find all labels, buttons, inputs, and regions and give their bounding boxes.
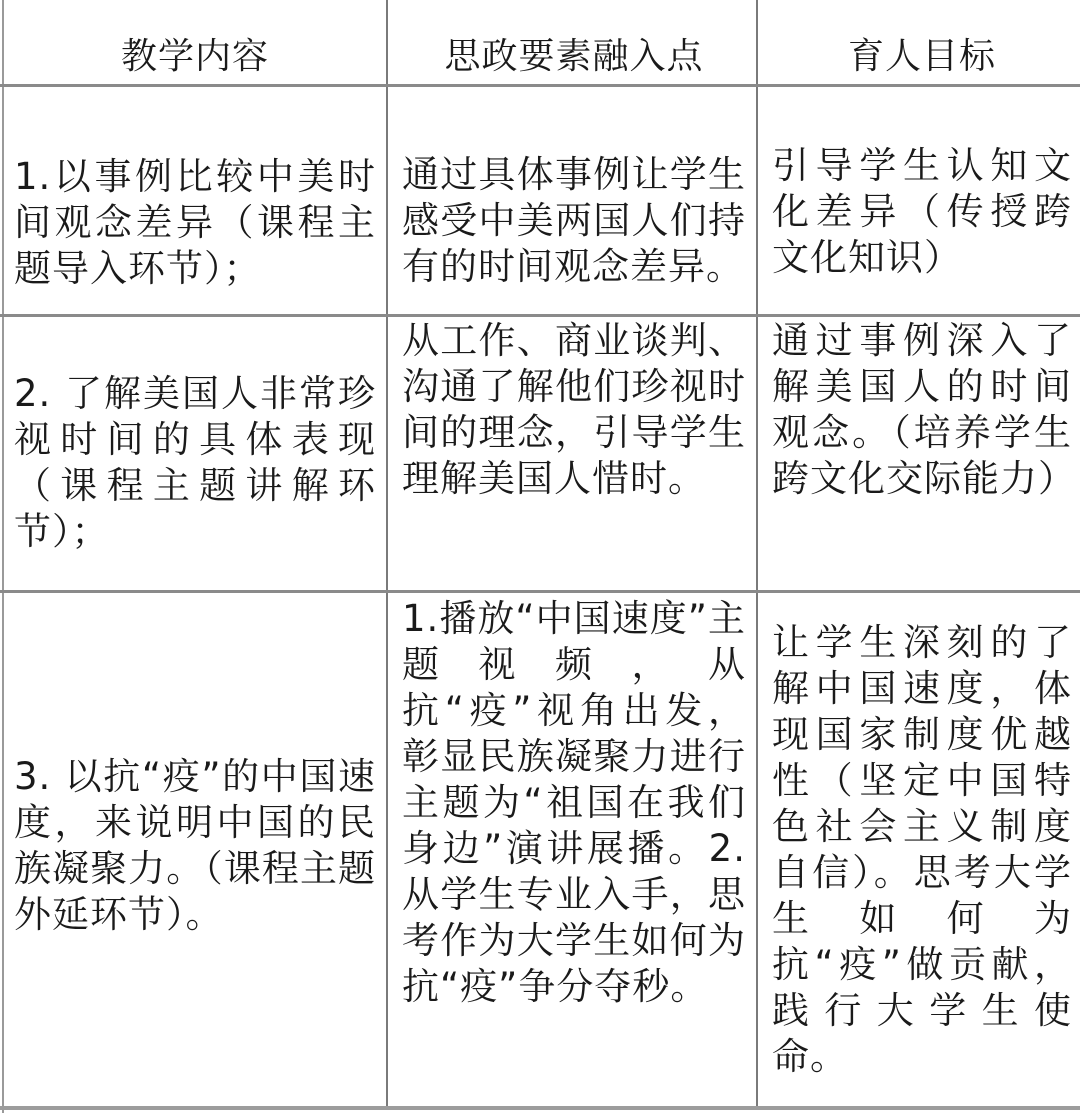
- column-divider-1: [386, 0, 388, 1106]
- table-cell-education-goal: 引导学生认知文化差异（传授跨文化知识）: [772, 88, 1072, 314]
- row-divider-1: [0, 314, 1080, 317]
- table-border-bottom: [0, 1106, 1080, 1110]
- column-divider-2: [756, 0, 758, 1106]
- cell-text: 通过事例深入了解美国人的时间观念。（培养学生跨文化交际能力）: [772, 318, 1072, 502]
- cell-text: 2. 了解美国人非常珍视时间的具体表现（课程主题讲解环节）；: [14, 353, 376, 555]
- table-cell-teaching-content: 3. 以抗“疫”的中国速度，来说明中国的民族凝聚力。（课程主题外延环节）。: [14, 594, 376, 1106]
- cell-text: 从工作、商业谈判、沟通了解他们珍视时间的理念，引导学生理解美国人惜时。: [402, 318, 746, 502]
- table-cell-teaching-content: 1.以事例比较中美时间观念差异（课程主题导入环节）；: [14, 88, 376, 314]
- table-border-left: [2, 0, 4, 1113]
- header-ideological-entry-point: 思政要素融入点: [402, 0, 746, 84]
- cell-text: 1.播放“中国速度”主题视频，从抗“疫”视角出发，彰显民族凝聚力进行主题为“祖国…: [402, 596, 746, 1010]
- table-cell-ideological-entry-point: 通过具体事例让学生感受中美两国人们持有的时间观念差异。: [402, 88, 746, 314]
- ideological-education-table: 教学内容 思政要素融入点 育人目标 1.以事例比较中美时间观念差异（课程主题导入…: [0, 0, 1080, 1113]
- table-cell-education-goal: 让学生深刻的了解中国速度，体现国家制度优越性（坚定中国特色社会主义制度自信）。思…: [772, 594, 1072, 1106]
- header-divider: [0, 84, 1080, 87]
- cell-text: 让学生深刻的了解中国速度，体现国家制度优越性（坚定中国特色社会主义制度自信）。思…: [772, 620, 1072, 1080]
- cell-text: 引导学生认知文化差异（传授跨文化知识）: [772, 121, 1072, 281]
- header-education-goal: 育人目标: [772, 0, 1072, 84]
- cell-text: 通过具体事例让学生感受中美两国人们持有的时间观念差异。: [402, 112, 746, 290]
- table-cell-teaching-content: 2. 了解美国人非常珍视时间的具体表现（课程主题讲解环节）；: [14, 318, 376, 590]
- header-label: 教学内容: [14, 34, 376, 80]
- header-label: 育人目标: [772, 34, 1072, 80]
- header-label: 思政要素融入点: [402, 34, 746, 80]
- table-cell-ideological-entry-point: 1.播放“中国速度”主题视频，从抗“疫”视角出发，彰显民族凝聚力进行主题为“祖国…: [402, 594, 746, 1106]
- header-teaching-content: 教学内容: [14, 0, 376, 84]
- cell-text: 3. 以抗“疫”的中国速度，来说明中国的民族凝聚力。（课程主题外延环节）。: [14, 754, 376, 938]
- row-divider-2: [0, 590, 1080, 593]
- table-cell-ideological-entry-point: 从工作、商业谈判、沟通了解他们珍视时间的理念，引导学生理解美国人惜时。: [402, 318, 746, 590]
- cell-text: 1.以事例比较中美时间观念差异（课程主题导入环节）；: [14, 110, 376, 292]
- table-cell-education-goal: 通过事例深入了解美国人的时间观念。（培养学生跨文化交际能力）: [772, 318, 1072, 590]
